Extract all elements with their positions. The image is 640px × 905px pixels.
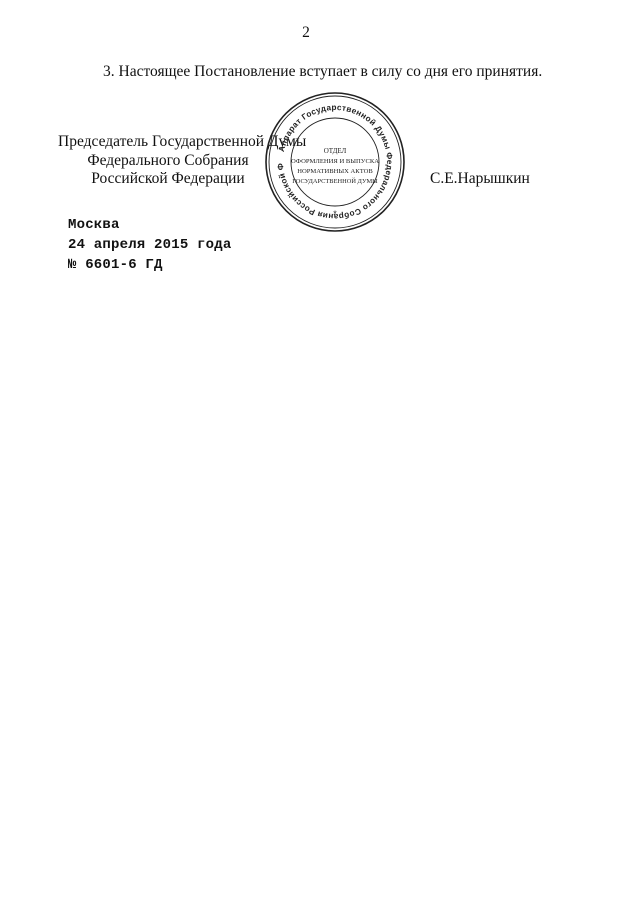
place-date-number: Москва 24 апреля 2015 года № 6601-6 ГД [68,215,231,275]
signatory-name: С.Е.Нарышкин [430,170,530,188]
stamp-center-line: ГОСУДАРСТВЕННОЙ ДУМЫ [292,177,378,185]
document-number: № 6601-6 ГД [68,255,231,275]
stamp-star-icon: * [333,209,337,219]
city: Москва [68,215,231,235]
signatory-title-line: Председатель Государственной Думы [58,133,278,152]
resolution-paragraph: 3. Настоящее Постановление вступает в си… [103,63,542,81]
signatory-title-line: Российской Федерации [58,170,278,189]
stamp-center-line: ОФОРМЛЕНИЯ И ВЫПУСКА [291,158,379,165]
signatory-title: Председатель Государственной Думы Федера… [58,133,278,189]
date: 24 апреля 2015 года [68,235,231,255]
page-number: 2 [0,24,612,42]
stamp-center-line: НОРМАТИВНЫХ АКТОВ [297,168,373,175]
stamp-center-line: ОТДЕЛ [324,147,347,155]
official-stamp: Аппарат Государственной Думы Федеральног… [263,90,407,234]
signatory-title-line: Федерального Собрания [58,152,278,171]
